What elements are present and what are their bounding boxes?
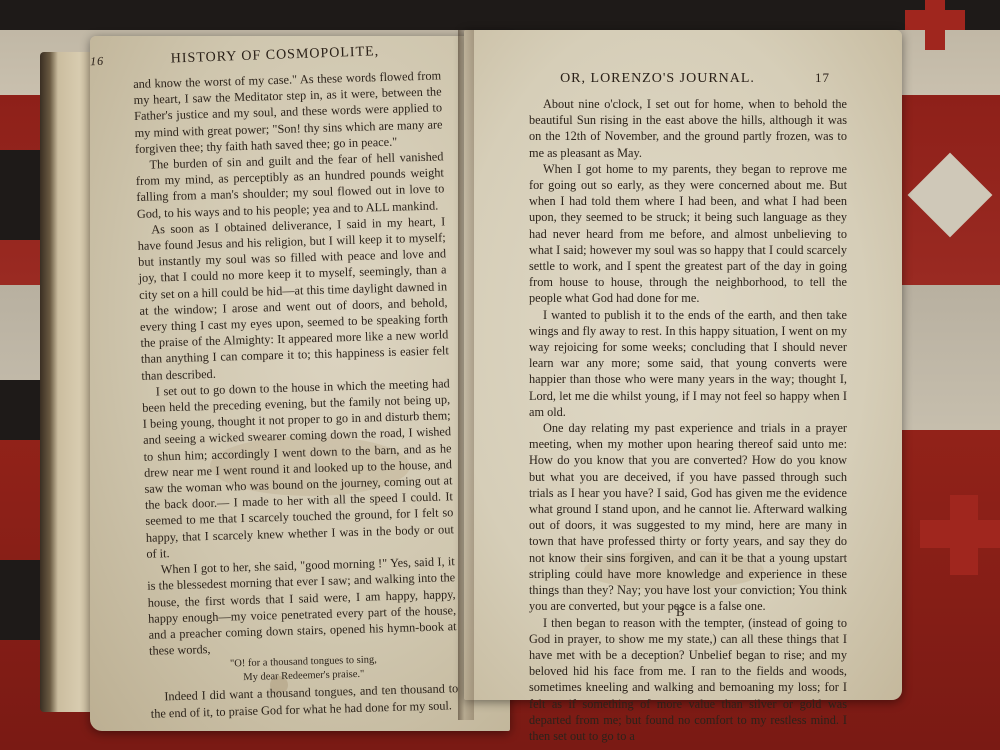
blanket-pattern-dark-band bbox=[0, 0, 1000, 30]
paragraph: About nine o'clock, I set out for home, … bbox=[529, 96, 847, 161]
blanket-pattern-cross bbox=[925, 0, 945, 50]
blanket-pattern-dark-zigzag bbox=[0, 560, 45, 640]
page-number: 17 bbox=[815, 70, 830, 86]
signature-mark: B bbox=[676, 604, 685, 620]
page-number: 16 bbox=[90, 53, 130, 69]
paragraph: I then began to reason with the tempter,… bbox=[529, 615, 847, 745]
paragraph: One day relating my past experience and … bbox=[529, 420, 847, 614]
paragraph: I wanted to publish it to the ends of th… bbox=[529, 307, 847, 420]
paragraph: When I got to her, she said, "good morni… bbox=[147, 553, 458, 659]
right-page-header: OR, LORENZO'S JOURNAL. 17 bbox=[500, 70, 830, 87]
paragraph: When I got home to my parents, they bega… bbox=[529, 161, 847, 307]
blanket-pattern-cross bbox=[950, 495, 978, 575]
running-head: OR, LORENZO'S JOURNAL. bbox=[500, 71, 815, 87]
book-gutter bbox=[458, 30, 474, 720]
blanket-pattern-diamond bbox=[908, 153, 993, 238]
left-page-text: and know the worst of my case." As these… bbox=[133, 67, 459, 721]
paragraph: and know the worst of my case." As these… bbox=[133, 67, 443, 157]
paragraph: I set out to go down to the house in whi… bbox=[142, 375, 455, 562]
right-page-text: About nine o'clock, I set out for home, … bbox=[529, 96, 847, 744]
paragraph: The burden of sin and guilt and the fear… bbox=[135, 148, 445, 221]
paragraph: As soon as I obtained deliverance, I sai… bbox=[137, 213, 449, 384]
